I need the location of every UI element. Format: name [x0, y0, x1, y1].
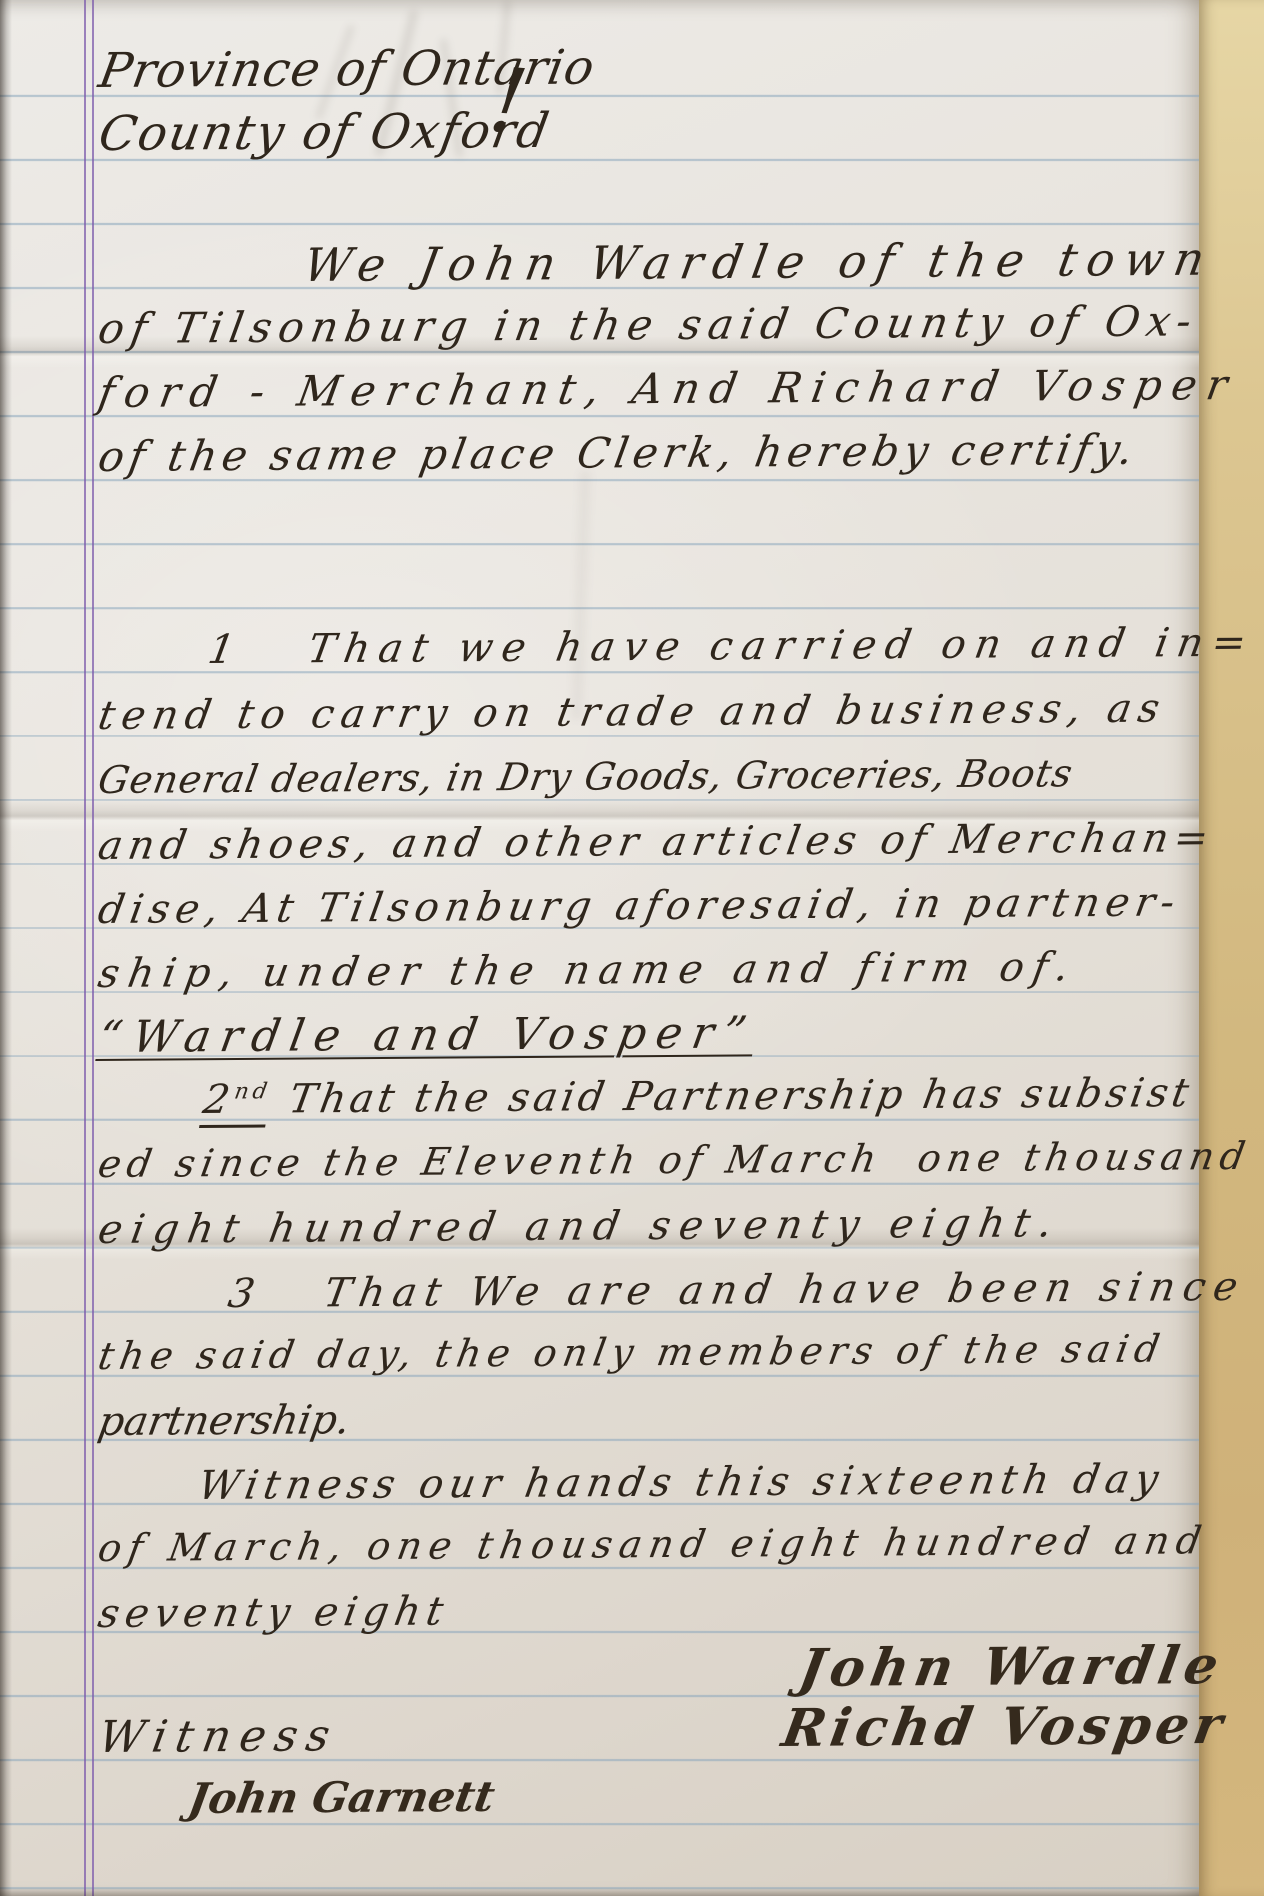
manuscript-line-p1f: ship, under the name and firm of.	[95, 945, 1081, 996]
manuscript-line-witness_label: Witness	[95, 1712, 342, 1762]
signature-witness-sig: John Garnett	[185, 1774, 498, 1822]
manuscript-line-p3c: partnership.	[95, 1398, 353, 1444]
manuscript-line-cl3: seventy eight	[95, 1590, 452, 1636]
photo-bottom-edge-shadow	[0, 1888, 1199, 1896]
ordinal-suffix: nd	[232, 1079, 273, 1104]
ordinal-digit: 2	[200, 1077, 237, 1123]
manuscript-line-open4: of the same place Clerk, hereby certify.	[95, 427, 1141, 480]
manuscript-line-p1a: 1 That we have carried on and in=	[205, 621, 1258, 672]
margin-line	[84, 0, 86, 1896]
manuscript-line-p2b: ed since the Eleventh of March one thous…	[95, 1136, 1254, 1186]
manuscript-line-p1c: General dealers, in Dry Goods, Groceries…	[95, 753, 1076, 802]
manuscript-line-open1: We John Wardle of the town	[300, 234, 1218, 291]
manuscript-line-p1e: dise, At Tilsonburg aforesaid, in partne…	[95, 880, 1184, 932]
manuscript-line-p3a: 3 That We are and have been since	[225, 1265, 1249, 1316]
photo-left-edge-shadow	[0, 0, 12, 1896]
manuscript-line-cl1: Witness our hands this sixteenth day	[195, 1457, 1168, 1508]
margin-line	[92, 0, 94, 1896]
manuscript-line-p2a: 2ndThat the said Partnership has subsist	[200, 1071, 1196, 1122]
manuscript-line-firm: “Wardle and Vosper”	[95, 1009, 760, 1062]
signature-sig-vosper: Richd Vosper	[778, 1697, 1232, 1757]
manuscript-line-open3: ford - Merchant, And Richard Vosper	[95, 362, 1241, 416]
paper-sheet: Province of OntarioCounty of Oxford!We J…	[0, 0, 1199, 1896]
ordinal-number: 2nd	[199, 1077, 273, 1128]
signature-sig-wardle: John Wardle	[795, 1637, 1228, 1697]
manuscript-line-p3b: the said day, the only members of the sa…	[95, 1329, 1168, 1378]
manuscript-line-open2: of Tilsonburg in the said County of Ox-	[95, 298, 1202, 352]
manuscript-photo: Province of OntarioCounty of Oxford!We J…	[0, 0, 1264, 1896]
manuscript-line-cl2: of March, one thousand eight hundred and	[95, 1520, 1211, 1570]
manuscript-line-p2c: eight hundred and seventy eight.	[95, 1201, 1064, 1252]
manuscript-line-p1b: tend to carry on trade and business, as	[95, 687, 1170, 738]
manuscript-line-p1d: and shoes, and other articles of Merchan…	[95, 816, 1218, 868]
line-text: That the said Partnership has subsist	[286, 1070, 1196, 1122]
